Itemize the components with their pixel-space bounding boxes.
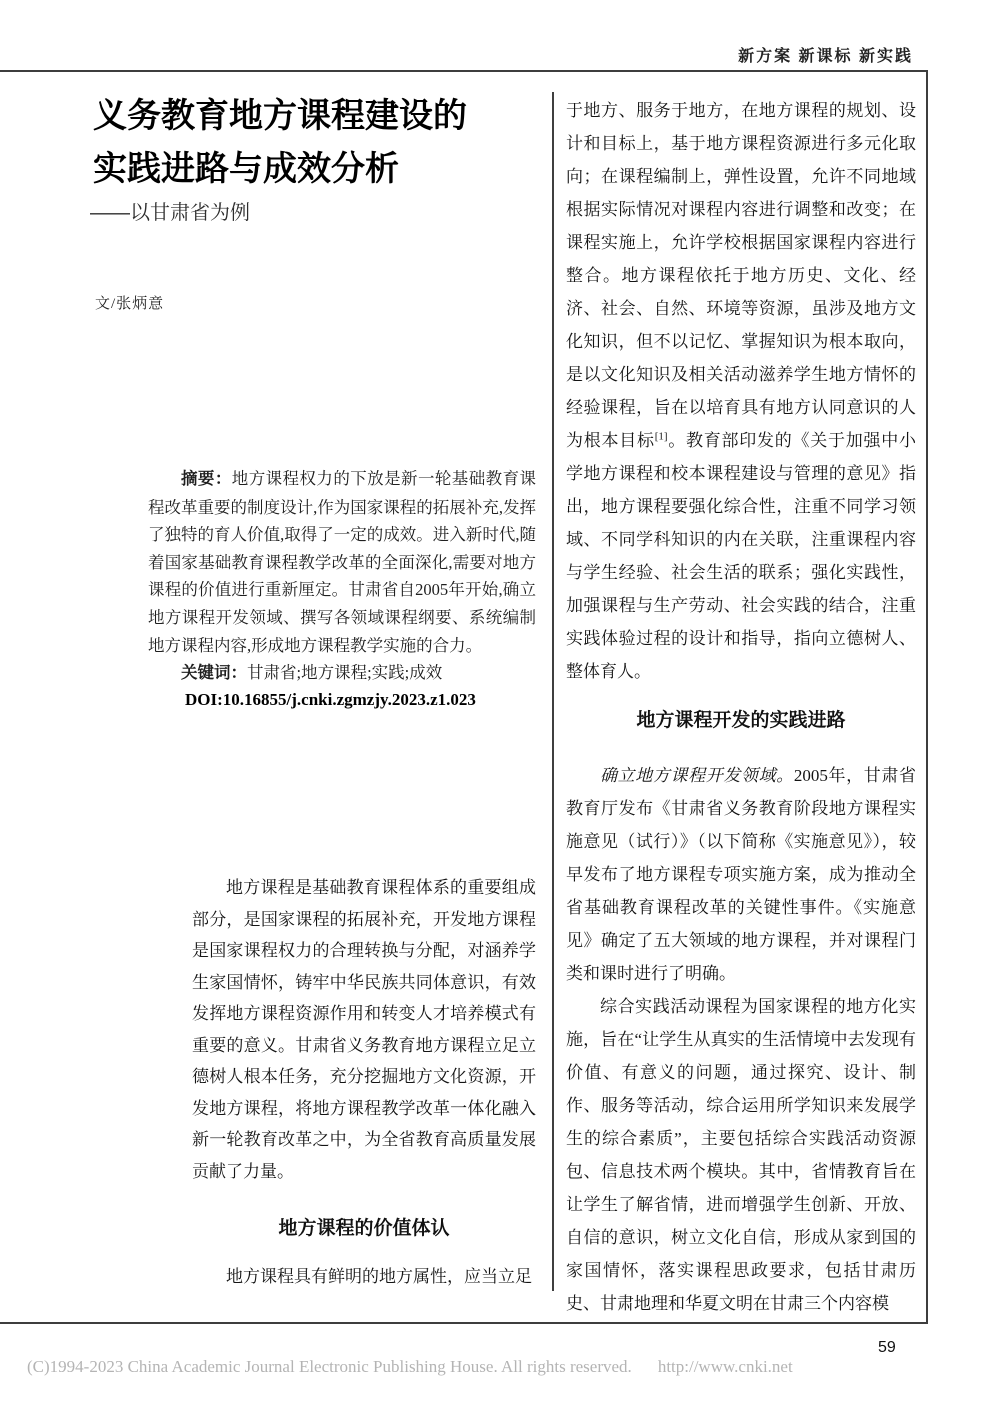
- abstract-block: 摘要：地方课程权力的下放是新一轮基础教育课程改革重要的制度设计,作为国家课程的拓…: [148, 465, 536, 688]
- journal-page: 新方案 新课标 新实践 义务教育地方课程建设的 实践进路与成效分析 ——以甘肃省…: [0, 0, 1000, 1415]
- paragraph-lead-in: 确立地方课程开发领域。: [600, 766, 794, 785]
- copyright-text: (C)1994-2023 China Academic Journal Elec…: [27, 1357, 632, 1376]
- keywords-label: 关键词：: [181, 664, 247, 682]
- journal-section-slogan: 新方案 新课标 新实践: [555, 43, 913, 66]
- right-paragraph-2: 确立地方课程开发领域。2005年，甘肃省教育厅发布《甘肃省义务教育阶段地方课程实…: [566, 759, 916, 990]
- right-paragraph-1-cont: 。教育部印发的《关于加强中小学地方课程和校本课程建设与管理的意见》指出，地方课程…: [566, 431, 916, 681]
- keywords-paragraph: 关键词：甘肃省;地方课程;实践;成效: [148, 659, 536, 688]
- right-column: 于地方、服务于地方，在地方课程的规划、设计和目标上，基于地方课程资源进行多元化取…: [566, 94, 916, 1320]
- copyright-footer: (C)1994-2023 China Academic Journal Elec…: [27, 1357, 987, 1377]
- footnote-ref-1: [1]: [655, 430, 668, 442]
- right-paragraph-1-text: 于地方、服务于地方，在地方课程的规划、设计和目标上，基于地方课程资源进行多元化取…: [566, 101, 916, 450]
- left-paragraph-2: 地方课程具有鲜明的地方属性，应当立足: [192, 1261, 536, 1293]
- doi-line: DOI:10.16855/j.cnki.zgmzjy.2023.z1.023: [185, 690, 476, 710]
- article-title-line1: 义务教育地方课程建设的: [93, 90, 548, 143]
- right-paragraph-2-rest: 2005年，甘肃省教育厅发布《甘肃省义务教育阶段地方课程实施意见（试行）》（以下…: [566, 766, 916, 983]
- abstract-text: 地方课程权力的下放是新一轮基础教育课程改革重要的制度设计,作为国家课程的拓展补充…: [148, 469, 536, 655]
- article-author: 文/张炳意: [95, 292, 164, 313]
- section-heading-practice: 地方课程开发的实践进路: [566, 704, 916, 737]
- abstract-label: 摘要：: [181, 470, 232, 488]
- abstract-paragraph: 摘要：地方课程权力的下放是新一轮基础教育课程改革重要的制度设计,作为国家课程的拓…: [148, 465, 536, 659]
- right-paragraph-3: 综合实践活动课程为国家课程的地方化实施，旨在“让学生从真实的生活情境中去发现有价…: [566, 990, 916, 1320]
- left-paragraph-1: 地方课程是基础教育课程体系的重要组成部分，是国家课程的拓展补充，开发地方课程是国…: [192, 872, 536, 1187]
- keywords-text: 甘肃省;地方课程;实践;成效: [247, 663, 442, 682]
- article-title: 义务教育地方课程建设的 实践进路与成效分析: [93, 90, 548, 196]
- column-divider: [552, 92, 554, 1291]
- right-paragraph-1: 于地方、服务于地方，在地方课程的规划、设计和目标上，基于地方课程资源进行多元化取…: [566, 94, 916, 688]
- left-column: 地方课程是基础教育课程体系的重要组成部分，是国家课程的拓展补充，开发地方课程是国…: [192, 872, 536, 1292]
- section-heading-value: 地方课程的价值体认: [192, 1213, 536, 1245]
- cnki-url: http://www.cnki.net: [658, 1357, 793, 1376]
- page-number: 59: [878, 1339, 914, 1357]
- article-title-line2: 实践进路与成效分析: [93, 143, 548, 196]
- article-subtitle: ——以甘肃省为例: [90, 196, 250, 225]
